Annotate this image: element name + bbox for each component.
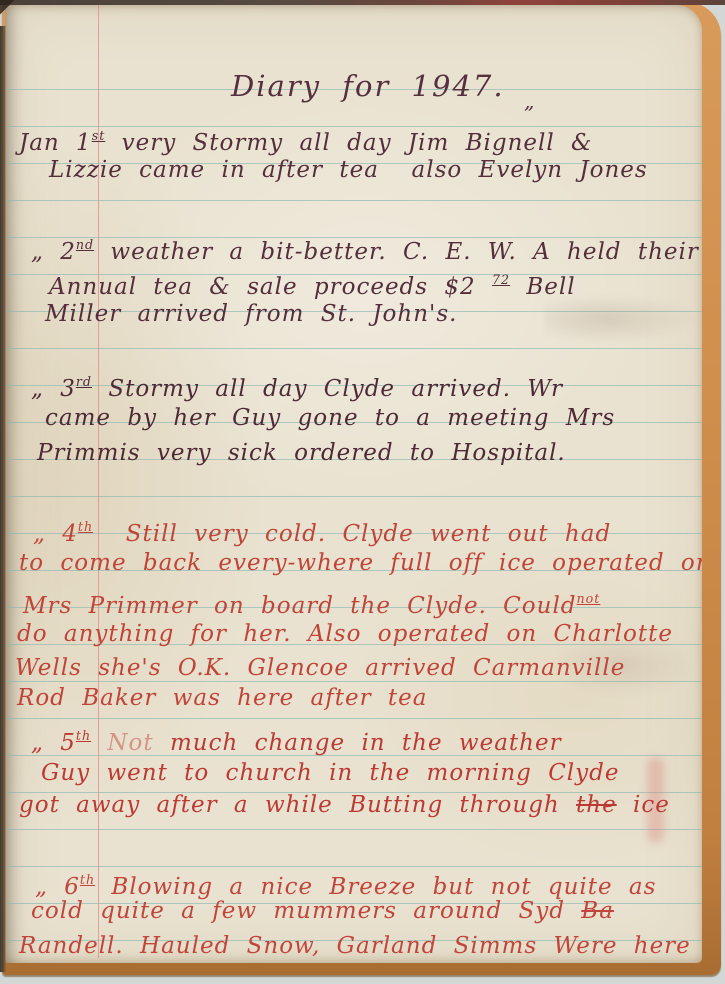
diary-line: Lizzie came in after tea also Evelyn Jon… (49, 159, 648, 182)
diary-text: Guy went to church in the morning Clyde (41, 760, 619, 786)
diary-text: „ 5 (31, 730, 76, 756)
diary-text: Blowing a nice Breeze but not quite as (95, 874, 656, 900)
diary-line: Guy went to church in the morning Clyde (41, 762, 619, 785)
diary-line: do anything for her. Also operated on Ch… (17, 623, 673, 646)
diary-text: ice (617, 792, 670, 818)
diary-text-sup: st (92, 128, 106, 143)
diary-text-sup: rd (76, 374, 92, 389)
diary-line: „ 6th Blowing a nice Breeze but not quit… (35, 868, 656, 899)
diary-text-sup: nd (76, 237, 94, 252)
diary-text: Lizzie came in after tea also Evelyn Jon… (49, 157, 648, 183)
diary-text: Annual tea & sale proceeds $2 (49, 274, 492, 300)
diary-text-sup: th (76, 728, 91, 743)
diary-text: Jan 1 (19, 130, 92, 156)
writing-layer: Diary for 1947. „ Jan 1st very Stormy al… (5, 5, 702, 963)
diary-text: came by her Guy gone to a meeting Mrs (45, 405, 615, 431)
diary-text: „ 4 (33, 521, 78, 547)
diary-text: Rod Baker was here after tea (17, 685, 427, 711)
diary-title: Diary for 1947. (231, 71, 505, 101)
diary-photo: Diary for 1947. „ Jan 1st very Stormy al… (0, 0, 725, 984)
diary-text: to come back every-where full off ice op… (19, 550, 702, 576)
diary-text: „ 2 (31, 239, 76, 265)
diary-line: came by her Guy gone to a meeting Mrs (45, 407, 615, 430)
diary-line: Mrs Primmer on board the Clyde. Couldnot (23, 587, 600, 618)
diary-text: Bell (510, 274, 576, 300)
diary-text: cold quite a few mummers around Syd (31, 898, 581, 924)
diary-text: Still very cold. Clyde went out had (93, 521, 611, 547)
diary-text (91, 730, 107, 756)
corner-shadow (0, 0, 16, 34)
diary-text: „ 3 (31, 376, 76, 402)
diary-text-strike: Ba (581, 898, 614, 924)
diary-line: Primmis very sick ordered to Hospital. (37, 442, 566, 465)
notebook-page: Diary for 1947. „ Jan 1st very Stormy al… (5, 5, 702, 963)
page-top-edge (0, 0, 725, 5)
diary-line: „ 3rd Stormy all day Clyde arrived. Wr (31, 370, 563, 401)
diary-text-sup: 72 (492, 272, 510, 287)
diary-text: very Stormy all day Jim Bignell & (105, 130, 592, 156)
diary-line: „ 2nd weather a bit-better. C. E. W. A h… (31, 233, 699, 264)
diary-line: Jan 1st very Stormy all day Jim Bignell … (19, 124, 593, 155)
diary-text: do anything for her. Also operated on Ch… (17, 621, 673, 647)
binding-shadow (0, 26, 6, 972)
diary-text-sup: th (78, 519, 93, 534)
diary-line: cold quite a few mummers around Syd Ba (31, 900, 614, 923)
diary-line: to come back every-where full off ice op… (19, 552, 702, 575)
diary-text-strike: the (576, 792, 617, 818)
diary-text: got away after a while Butting through (19, 792, 576, 818)
title-ditto-mark: „ (524, 89, 534, 113)
diary-line: Wells she's O.K. Glencoe arrived Carmanv… (15, 657, 625, 680)
diary-text-sup: not (577, 591, 601, 606)
diary-line: got away after a while Butting through t… (19, 794, 670, 817)
diary-text-sup: th (80, 872, 95, 887)
diary-line: „ 4th Still very cold. Clyde went out ha… (33, 515, 611, 546)
diary-text: Randell. Hauled Snow, Garland Simms Were… (19, 933, 691, 959)
diary-line: Randell. Hauled Snow, Garland Simms Were… (19, 935, 691, 958)
diary-text: Wells she's O.K. Glencoe arrived Carmanv… (15, 655, 625, 681)
diary-text: Mrs Primmer on board the Clyde. Could (23, 593, 577, 619)
diary-line: „ 5th Not much change in the weather (31, 724, 562, 755)
diary-line: Annual tea & sale proceeds $2 72 Bell (49, 268, 576, 299)
diary-line: Miller arrived from St. John's. (45, 303, 457, 326)
diary-line: Rod Baker was here after tea (17, 687, 427, 710)
diary-text: weather a bit-better. C. E. W. A held th… (94, 239, 699, 265)
diary-text: Miller arrived from St. John's. (45, 301, 457, 327)
diary-text-faded: Not (107, 730, 153, 756)
diary-text: Primmis very sick ordered to Hospital. (37, 440, 566, 466)
diary-text: much change in the weather (154, 730, 562, 756)
diary-text: Stormy all day Clyde arrived. Wr (92, 376, 563, 402)
diary-text: „ 6 (35, 874, 80, 900)
